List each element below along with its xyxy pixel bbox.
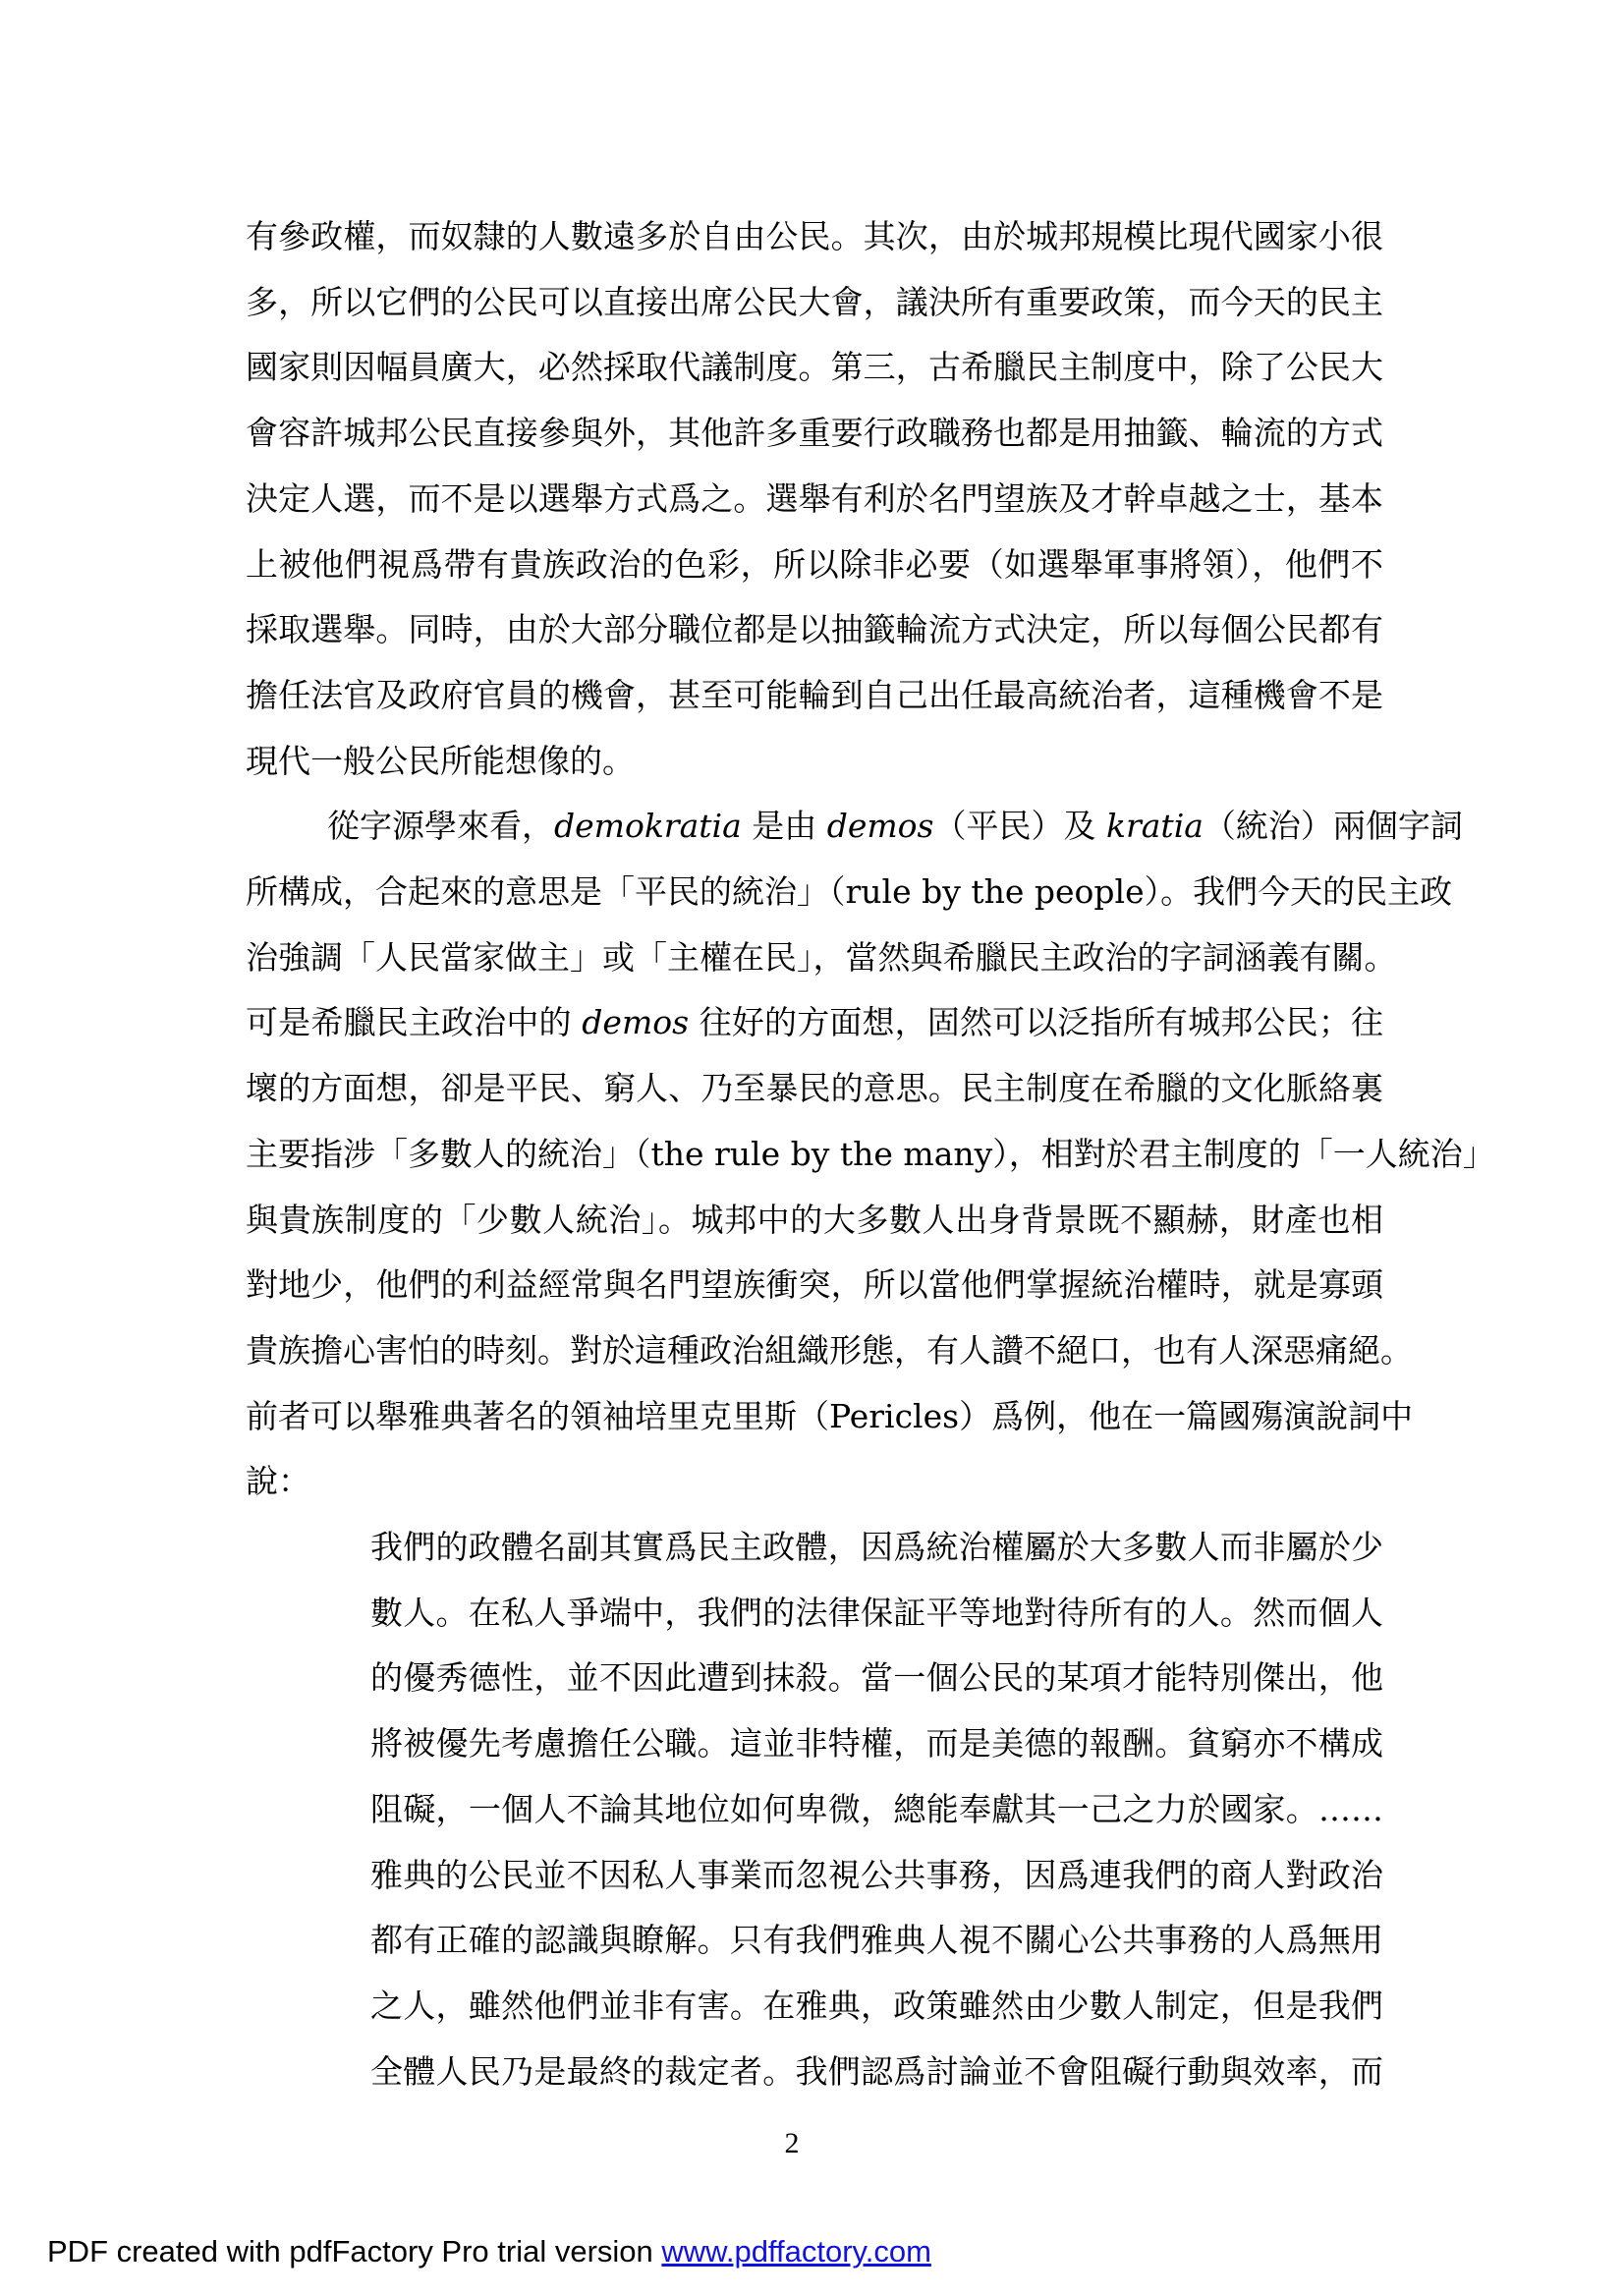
italic-term: demos	[827, 807, 934, 845]
page-number: 2	[766, 2128, 817, 2159]
text-line: 決定人選，而不是以選舉方式爲之。選舉有利於名門望族及才幹卓越之士，基本	[246, 475, 1383, 524]
pdffactory-link[interactable]: www.pdffactory.com	[661, 2234, 931, 2268]
pdf-footer: PDF created with pdfFactory Pro trial ve…	[47, 2232, 931, 2271]
text-line: 對地少，他們的利益經常與名門望族衝突，所以當他們掌握統治權時，就是寡頭	[246, 1260, 1383, 1310]
text-line: 擔任法官及政府官員的機會，甚至可能輪到自己出任最高統治者，這種機會不是	[246, 671, 1383, 720]
text-line: 主要指涉「多數人的統治」（the rule by the many），相對於君主…	[246, 1130, 1383, 1179]
quote-line: 的優秀德性，並不因此遭到抹殺。當一個公民的某項才能特別傑出，他	[370, 1653, 1383, 1703]
text-line-italic-terms: 可是希臘民主政治中的 demos 往好的方面想，固然可以泛指所有城邦公民；往	[246, 998, 1383, 1047]
quote-line: 雅典的公民並不因私人事業而忽視公共事務，因爲連我們的商人對政治	[370, 1851, 1383, 1900]
text-line: 壞的方面想，卻是平民、窮人、乃至暴民的意思。民主制度在希臘的文化脈絡裏	[246, 1064, 1383, 1113]
text-line: 採取選舉。同時，由於大部分職位都是以抽籤輪流方式決定，所以每個公民都有	[246, 605, 1383, 654]
footer-text: PDF created with pdfFactory Pro trial ve…	[47, 2234, 661, 2268]
quote-line: 阻礙，一個人不論其地位如何卑微，總能奉獻其一己之力於國家。……	[370, 1785, 1383, 1834]
text-line: 國家則因幅員廣大，必然採取代議制度。第三，古希臘民主制度中，除了公民大	[246, 343, 1383, 392]
quote-line: 我們的政體名副其實爲民主政體，因爲統治權屬於大多數人而非屬於少	[370, 1523, 1383, 1572]
document-page: 有參政權，而奴隸的人數遠多於自由公民。其次，由於城邦規模比現代國家小很 多，所以…	[0, 0, 1624, 2296]
text-line-italic-terms: 從字源學來看，demokratia 是由 demos（平民）及 kratia（統…	[327, 802, 1383, 851]
quote-line: 數人。在私人爭端中，我們的法律保証平等地對待所有的人。然而個人	[370, 1589, 1383, 1638]
quote-line: 都有正確的認識與瞭解。只有我們雅典人視不關心公共事務的人爲無用	[370, 1916, 1383, 1965]
text-line: 與貴族制度的「少數人統治」。城邦中的大多數人出身背景既不顯赫，財產也相	[246, 1196, 1383, 1245]
italic-term: kratia	[1106, 807, 1204, 845]
italic-term: demokratia	[554, 807, 742, 845]
quote-line: 全體人民乃是最終的裁定者。我們認爲討論並不會阻礙行動與效率，而	[370, 2047, 1383, 2097]
text-line: 所構成，合起來的意思是「平民的統治」（rule by the people）。我…	[246, 868, 1383, 917]
text-line: 上被他們視爲帶有貴族政治的色彩，所以除非必要（如選舉軍事將領），他們不	[246, 540, 1383, 589]
text-line: 前者可以舉雅典著名的領袖培里克里斯（Pericles）爲例，他在一篇國殤演說詞中	[246, 1392, 1383, 1441]
text-line: 現代一般公民所能想像的。	[246, 737, 1383, 786]
text-line: 會容許城邦公民直接參與外，其他許多重要行政職務也都是用抽籤、輪流的方式	[246, 409, 1383, 458]
italic-term: demos	[582, 1003, 689, 1041]
text-line: 多，所以它們的公民可以直接出席公民大會，議決所有重要政策，而今天的民主	[246, 278, 1383, 327]
text-line: 有參政權，而奴隸的人數遠多於自由公民。其次，由於城邦規模比現代國家小很	[246, 212, 1383, 261]
text-line: 說：	[246, 1457, 1383, 1506]
text-line: 貴族擔心害怕的時刻。對於這種政治組織形態，有人讚不絕口，也有人深惡痛絕。	[246, 1326, 1383, 1375]
quote-line: 將被優先考慮擔任公職。這並非特權，而是美德的報酬。貧窮亦不構成	[370, 1719, 1383, 1768]
quote-line: 之人，雖然他們並非有害。在雅典，政策雖然由少數人制定，但是我們	[370, 1982, 1383, 2031]
text-line: 治強調「人民當家做主」或「主權在民」，當然與希臘民主政治的字詞涵義有關。	[246, 933, 1383, 982]
